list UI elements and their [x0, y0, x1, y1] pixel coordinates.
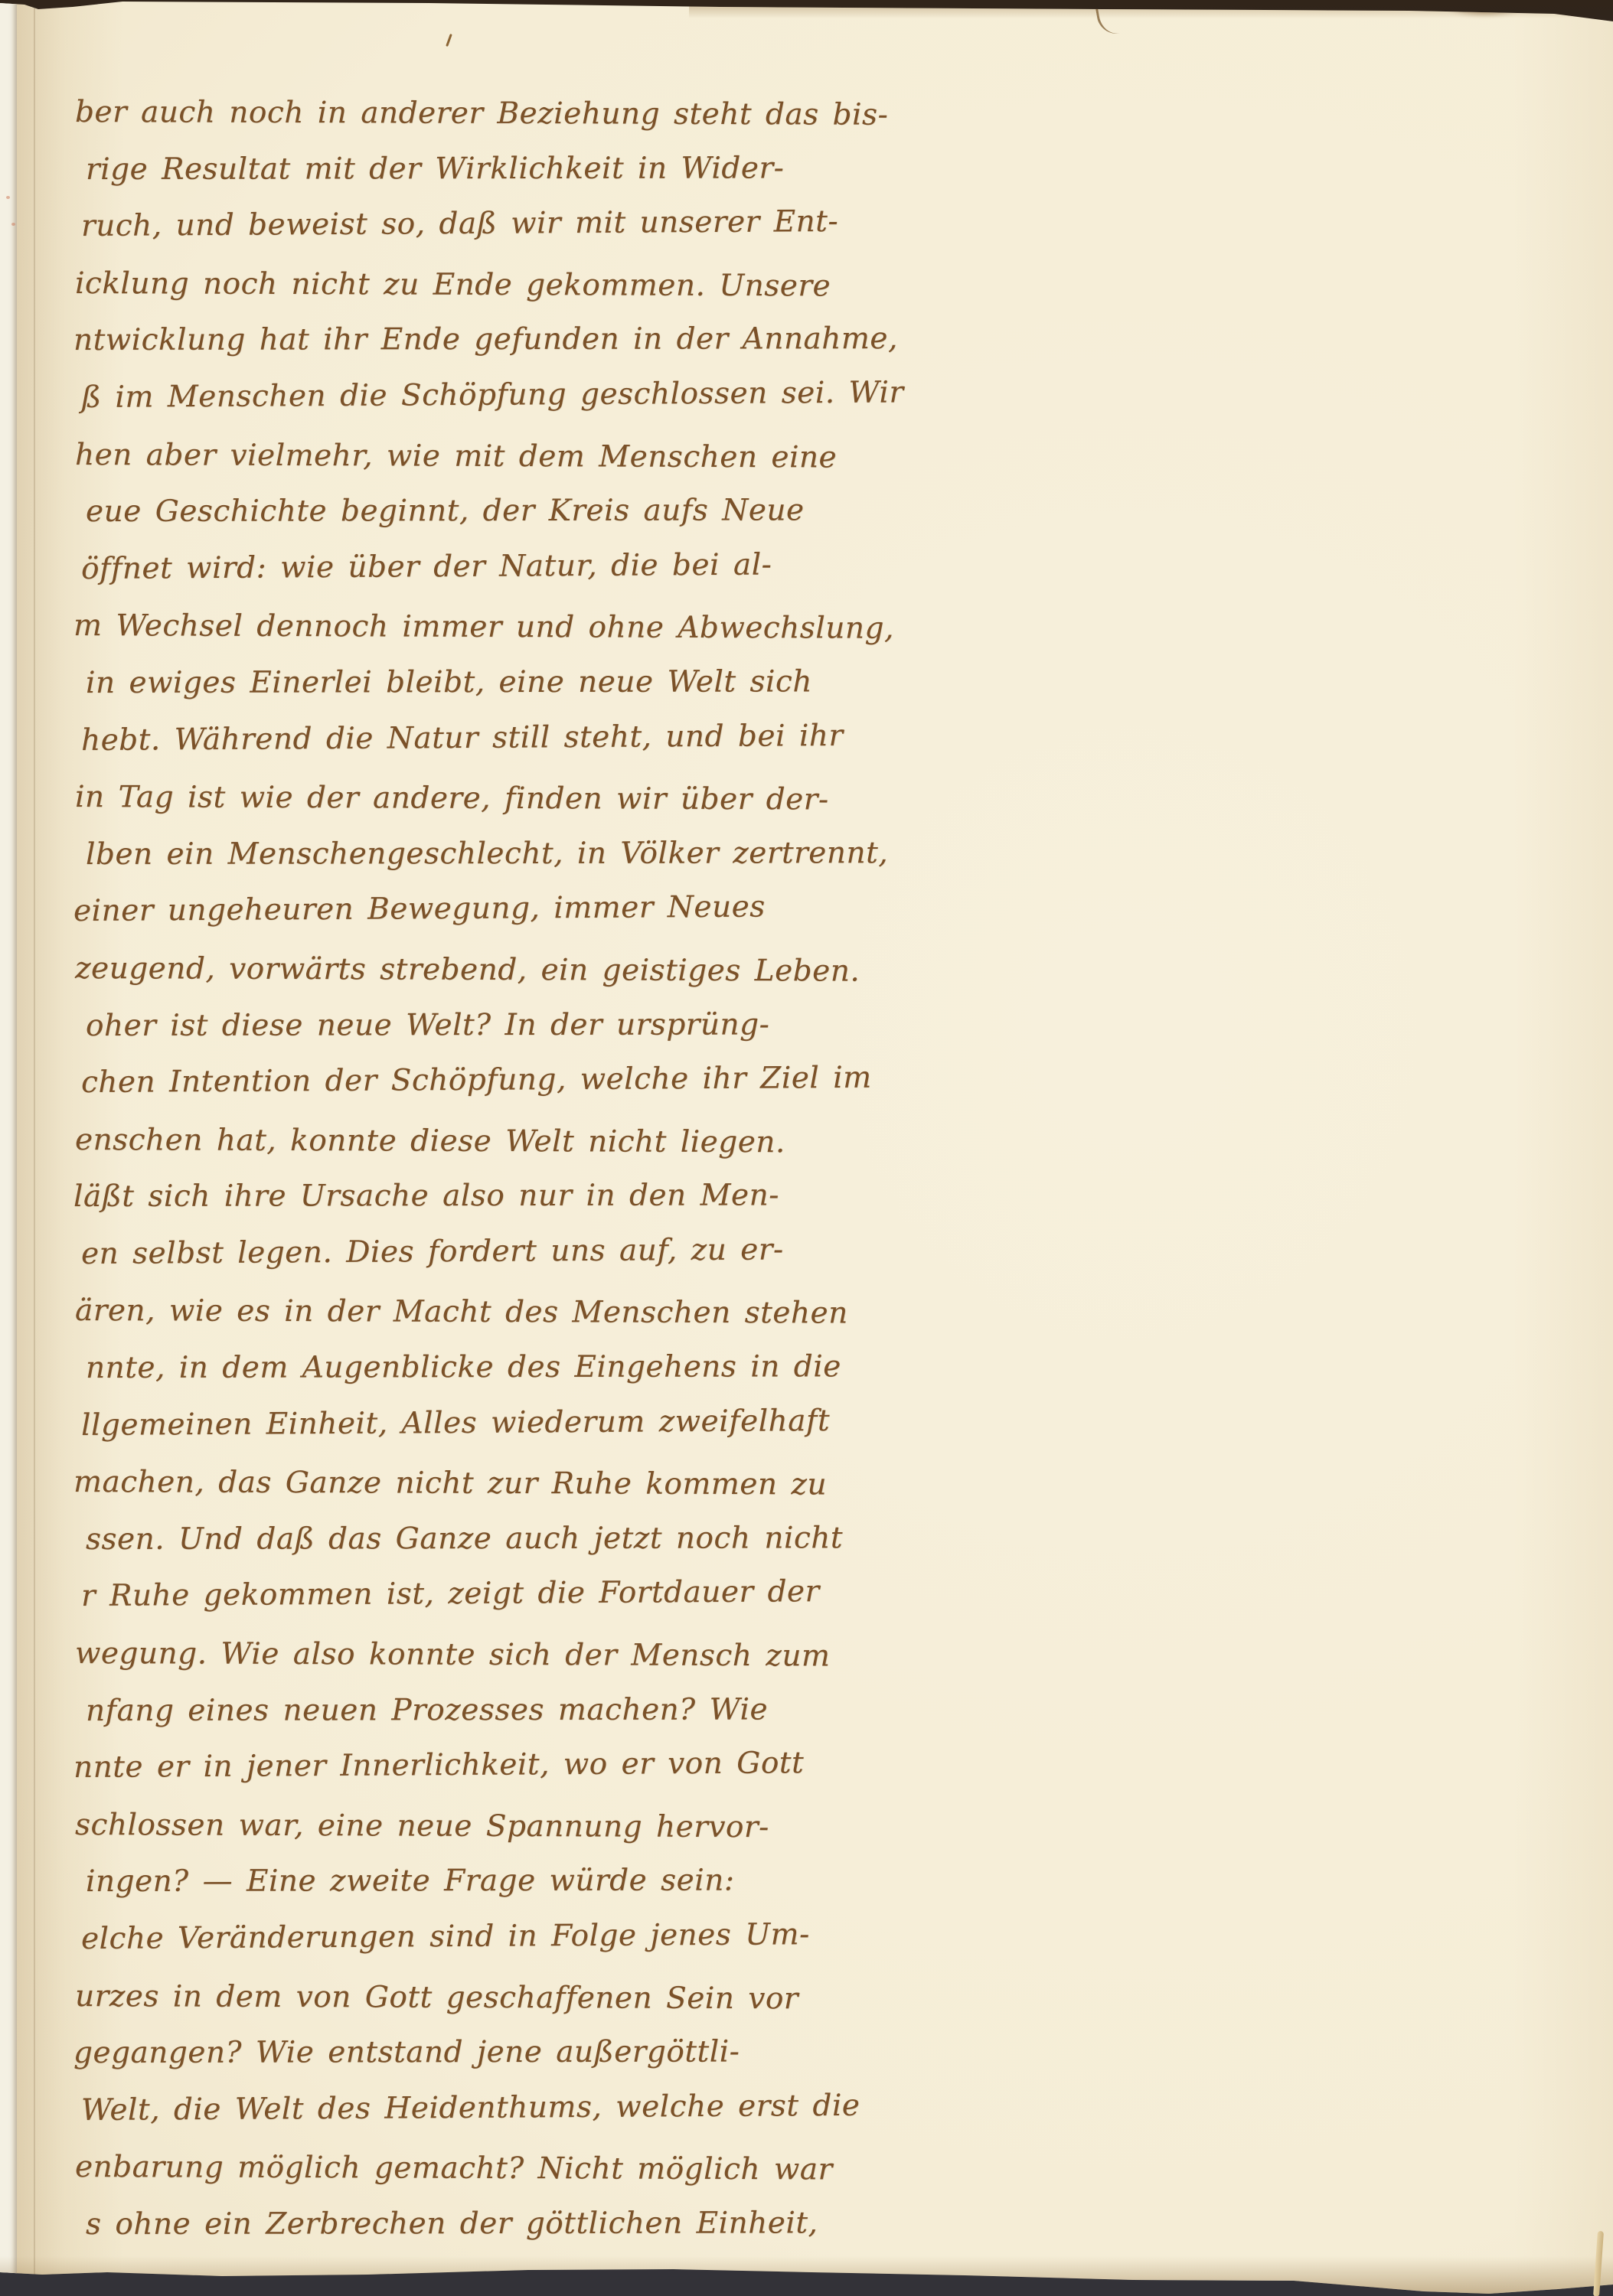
text-line: lben ein Menschengeschlecht, in Völker z…	[86, 825, 847, 883]
text-line: wegung. Wie also konnte sich der Mensch …	[75, 1626, 847, 1685]
text-line: llgemeinen Einheit, Alles wiederum zweif…	[81, 1393, 847, 1455]
text-line: nnte, in dem Augenblicke des Eingehens i…	[86, 1339, 847, 1397]
text-line: chen Intention der Schöpfung, welche ihr…	[81, 1050, 847, 1112]
text-line: hebt. Während die Natur still steht, und…	[81, 707, 847, 769]
text-line: nfang eines neuen Prozesses machen? Wie	[86, 1681, 847, 1740]
text-line: ingen? — Eine zweite Frage würde sein:	[86, 1853, 847, 1911]
manuscript-photo: ber auch noch in anderer Beziehung steht…	[0, 0, 1613, 2296]
text-line: elche Veränderungen sind in Folge jenes …	[81, 1906, 847, 1968]
text-line: s ohne ein Zerbrechen der göttlichen Ein…	[86, 2195, 847, 2253]
text-line: m Wechsel dennoch immer und ohne Abwechs…	[73, 598, 847, 657]
paper-speck	[6, 196, 10, 199]
text-line: enschen hat, konnte diese Welt nicht lie…	[75, 1112, 847, 1172]
text-line: eue Geschichte beginnt, der Kreis aufs N…	[86, 482, 847, 540]
text-line: ntwicklung hat ihr Ende gefunden in der …	[73, 311, 847, 370]
text-line: Welt, die Welt des Heidenthums, welche e…	[81, 2078, 847, 2140]
text-line: ber auch noch in anderer Beziehung steht…	[75, 84, 847, 144]
text-line: zeugend, vorwärts strebend, ein geistige…	[75, 941, 847, 1000]
text-line: nnte er in jener Innerlichkeit, wo er vo…	[73, 1735, 847, 1797]
underlying-page-edge	[0, 0, 17, 2296]
manuscript-page: ber auch noch in anderer Beziehung steht…	[0, 0, 1613, 2296]
text-line: ssen. Und daß das Ganze auch jetzt noch …	[86, 1510, 847, 1568]
text-line: in Tag ist wie der andere, finden wir üb…	[75, 769, 847, 829]
text-line: hen aber vielmehr, wie mit dem Menschen …	[75, 427, 847, 487]
text-line: schlossen war, eine neue Spannung hervor…	[75, 1797, 847, 1857]
paper-speck	[11, 223, 15, 226]
text-line: ruch, und beweist so, daß wir mit unsere…	[81, 194, 847, 256]
text-line: ären, wie es in der Macht des Menschen s…	[75, 1283, 847, 1342]
text-line: in ewiges Einerlei bleibt, eine neue Wel…	[86, 654, 847, 712]
pen-tick-mark	[446, 34, 452, 47]
text-line: gegangen? Wie entstand jene außergöttli-	[73, 2024, 847, 2082]
text-line: urzes in dem von Gott geschaffenen Sein …	[75, 1968, 847, 2028]
text-line: rige Resultat mit der Wirklichkeit in Wi…	[86, 140, 847, 198]
bottom-page-edge-shade	[0, 2256, 1613, 2296]
text-line: ß im Menschen die Schöpfung geschlossen …	[81, 365, 847, 427]
text-line: icklung noch nicht zu Ende gekommen. Uns…	[75, 256, 847, 315]
text-line: enbarung möglich gemacht? Nicht möglich …	[75, 2139, 847, 2199]
ink-smudge	[1447, 1, 1523, 18]
gutter-crease	[34, 0, 35, 2296]
text-line: r Ruhe gekommen ist, zeigt die Fortdauer…	[81, 1564, 847, 1626]
text-line: machen, das Ganze nicht zur Ruhe kommen …	[73, 1454, 847, 1514]
handwritten-text-block: ber auch noch in anderer Beziehung steht…	[73, 84, 847, 2254]
text-line: läßt sich ihre Ursache also nur in den M…	[73, 1168, 847, 1226]
text-line: oher ist diese neue Welt? In der ursprün…	[86, 996, 847, 1055]
text-line: öffnet wird: wie über der Natur, die bei…	[81, 536, 847, 598]
right-page-vignette	[1513, 0, 1613, 2296]
text-line: einer ungeheuren Bewegung, immer Neues	[73, 879, 847, 941]
text-line: en selbst legen. Dies fordert uns auf, z…	[81, 1221, 847, 1283]
